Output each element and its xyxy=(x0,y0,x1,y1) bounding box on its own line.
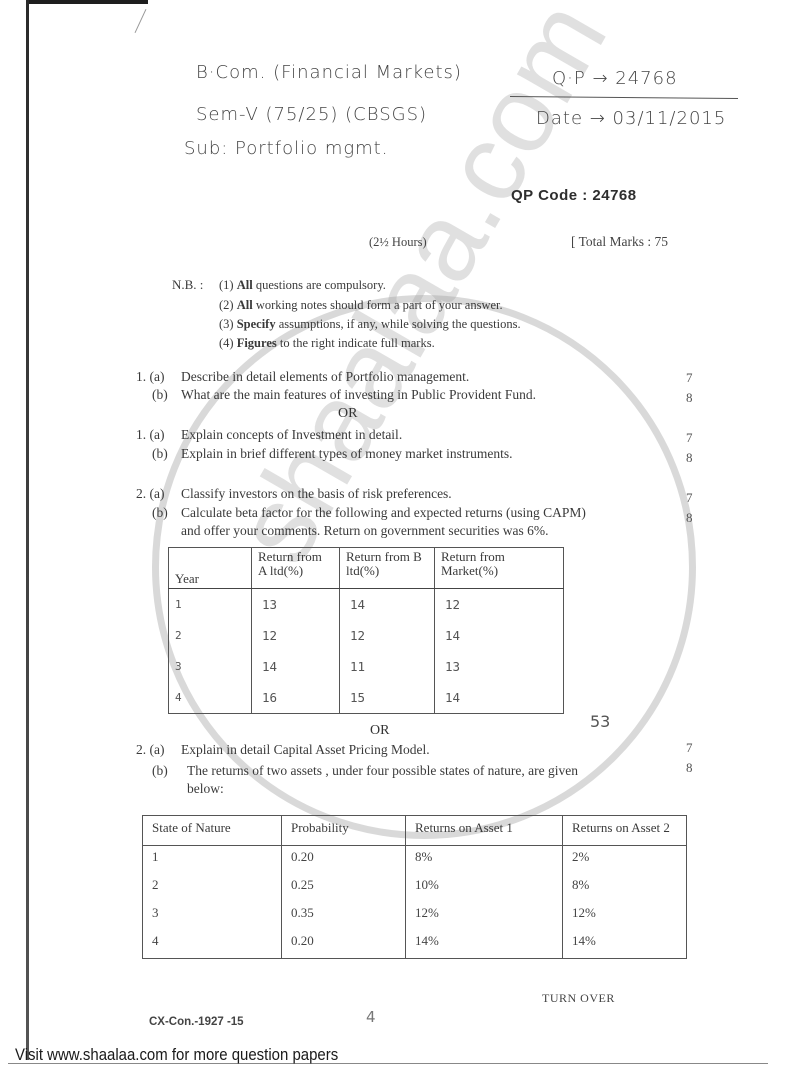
returns-table-cell: 14 xyxy=(435,620,564,651)
total-marks: [ Total Marks : 75 xyxy=(571,234,668,250)
states-table-cell: 0.35 xyxy=(282,902,406,930)
states-table-cell: 12% xyxy=(563,902,687,930)
handwritten-underline xyxy=(510,96,738,99)
question-marks: 8 xyxy=(686,450,693,466)
states-table-cell: 2% xyxy=(563,846,687,875)
question-text: The returns of two assets , under four p… xyxy=(187,763,578,779)
states-table-cell: 4 xyxy=(143,930,282,959)
returns-table-cell: 12 xyxy=(340,620,435,651)
paper-code: CX-Con.-1927 -15 xyxy=(149,1016,244,1028)
returns-table-header-cell: Return from B ltd(%) xyxy=(340,548,435,589)
question-number: (b) xyxy=(152,446,168,462)
question-marks: 7 xyxy=(686,740,693,756)
question-number: 1. (a) xyxy=(136,369,164,385)
question-text: Explain concepts of Investment in detail… xyxy=(181,427,402,443)
returns-table-cell: 2 xyxy=(169,620,252,651)
returns-table-cell: 14 xyxy=(435,682,564,714)
returns-table-header-cell: Return from Market(%) xyxy=(435,548,564,589)
returns-table-cell: 12 xyxy=(252,620,340,651)
returns-table-cell: 1 xyxy=(169,589,252,621)
returns-table-cell: 4 xyxy=(169,682,252,714)
question-text: and offer your comments. Return on gover… xyxy=(181,523,549,539)
site-footer-link[interactable]: Visit www.shaalaa.com for more question … xyxy=(15,1045,338,1065)
states-table-header-cell: Returns on Asset 2 xyxy=(563,816,687,846)
question-number: 2. (a) xyxy=(136,742,164,758)
returns-table-row: 1131412 xyxy=(169,589,564,621)
question-number: 2. (a) xyxy=(136,486,164,502)
page-edge-top xyxy=(26,0,148,4)
note-item: (2) All working notes should form a part… xyxy=(219,298,503,313)
question-marks: 8 xyxy=(686,390,693,406)
stray-pen-mark xyxy=(135,9,147,33)
question-marks: 7 xyxy=(686,370,693,386)
handwritten-semester: Sem-V (75/25) (CBSGS) xyxy=(196,104,427,125)
returns-table-cell: 11 xyxy=(340,651,435,682)
states-table-header-cell: Probability xyxy=(282,816,406,846)
states-table-cell: 10% xyxy=(406,874,563,902)
handwritten-page-number: 4 xyxy=(366,1008,376,1026)
handwritten-date: Date → 03/11/2015 xyxy=(536,108,726,129)
margin-annotation: 53 xyxy=(590,712,610,731)
states-table-cell: 8% xyxy=(406,846,563,875)
states-table-cell: 14% xyxy=(563,930,687,959)
question-marks: 7 xyxy=(686,490,693,506)
states-table-cell: 2 xyxy=(143,874,282,902)
exam-duration: (2½ Hours) xyxy=(369,235,427,250)
states-of-nature-table: State of NatureProbabilityReturns on Ass… xyxy=(142,815,687,959)
returns-table: YearReturn from A ltd(%)Return from B lt… xyxy=(168,547,564,714)
page-edge-left xyxy=(26,0,29,1060)
note-item: (4) Figures to the right indicate full m… xyxy=(219,336,435,351)
question-marks: 8 xyxy=(686,510,693,526)
states-table-cell: 1 xyxy=(143,846,282,875)
returns-table-header-cell: Return from A ltd(%) xyxy=(252,548,340,589)
states-table-cell: 12% xyxy=(406,902,563,930)
states-table-cell: 0.25 xyxy=(282,874,406,902)
returns-table-cell: 14 xyxy=(340,589,435,621)
returns-table-cell: 16 xyxy=(252,682,340,714)
handwritten-subject: Sub: Portfolio mgmt. xyxy=(184,138,388,159)
states-table-header-cell: State of Nature xyxy=(143,816,282,846)
note-item: (3) Specify assumptions, if any, while s… xyxy=(219,317,521,332)
question-text: Calculate beta factor for the following … xyxy=(181,505,586,521)
states-table-row: 20.2510%8% xyxy=(143,874,687,902)
turn-over-label: TURN OVER xyxy=(542,991,615,1006)
question-text: What are the main features of investing … xyxy=(181,387,536,403)
returns-table-header-cell: Year xyxy=(169,548,252,589)
returns-table-cell: 13 xyxy=(252,589,340,621)
returns-table-cell: 15 xyxy=(340,682,435,714)
states-table-cell: 8% xyxy=(563,874,687,902)
question-text: Classify investors on the basis of risk … xyxy=(181,486,452,502)
qp-code: QP Code : 24768 xyxy=(511,187,637,204)
question-number: (b) xyxy=(152,763,168,779)
states-table-row: 40.2014%14% xyxy=(143,930,687,959)
question-text: below: xyxy=(187,781,224,797)
states-table-row: 10.208%2% xyxy=(143,846,687,875)
question-text: Explain in detail Capital Asset Pricing … xyxy=(181,742,430,758)
returns-table-cell: 3 xyxy=(169,651,252,682)
returns-table-row: 2121214 xyxy=(169,620,564,651)
question-text: Explain in brief different types of mone… xyxy=(181,446,513,462)
returns-table-cell: 14 xyxy=(252,651,340,682)
handwritten-course: B·Com. (Financial Markets) xyxy=(196,62,462,83)
question-number: (b) xyxy=(152,505,168,521)
states-table-cell: 14% xyxy=(406,930,563,959)
states-table-row: 30.3512%12% xyxy=(143,902,687,930)
or-separator: OR xyxy=(370,723,389,739)
returns-table-row: 4161514 xyxy=(169,682,564,714)
question-number: (b) xyxy=(152,387,168,403)
states-table-cell: 0.20 xyxy=(282,846,406,875)
returns-table-cell: 13 xyxy=(435,651,564,682)
returns-table-row: 3141113 xyxy=(169,651,564,682)
handwritten-qp-ref: Q·P → 24768 xyxy=(552,68,678,89)
notes-label: N.B. : xyxy=(172,277,203,293)
question-marks: 8 xyxy=(686,760,693,776)
note-item: (1) All questions are compulsory. xyxy=(219,278,386,293)
question-text: Describe in detail elements of Portfolio… xyxy=(181,369,469,385)
question-number: 1. (a) xyxy=(136,427,164,443)
states-table-cell: 3 xyxy=(143,902,282,930)
or-separator: OR xyxy=(338,406,357,422)
question-marks: 7 xyxy=(686,430,693,446)
returns-table-cell: 12 xyxy=(435,589,564,621)
states-table-header-cell: Returns on Asset 1 xyxy=(406,816,563,846)
states-table-cell: 0.20 xyxy=(282,930,406,959)
